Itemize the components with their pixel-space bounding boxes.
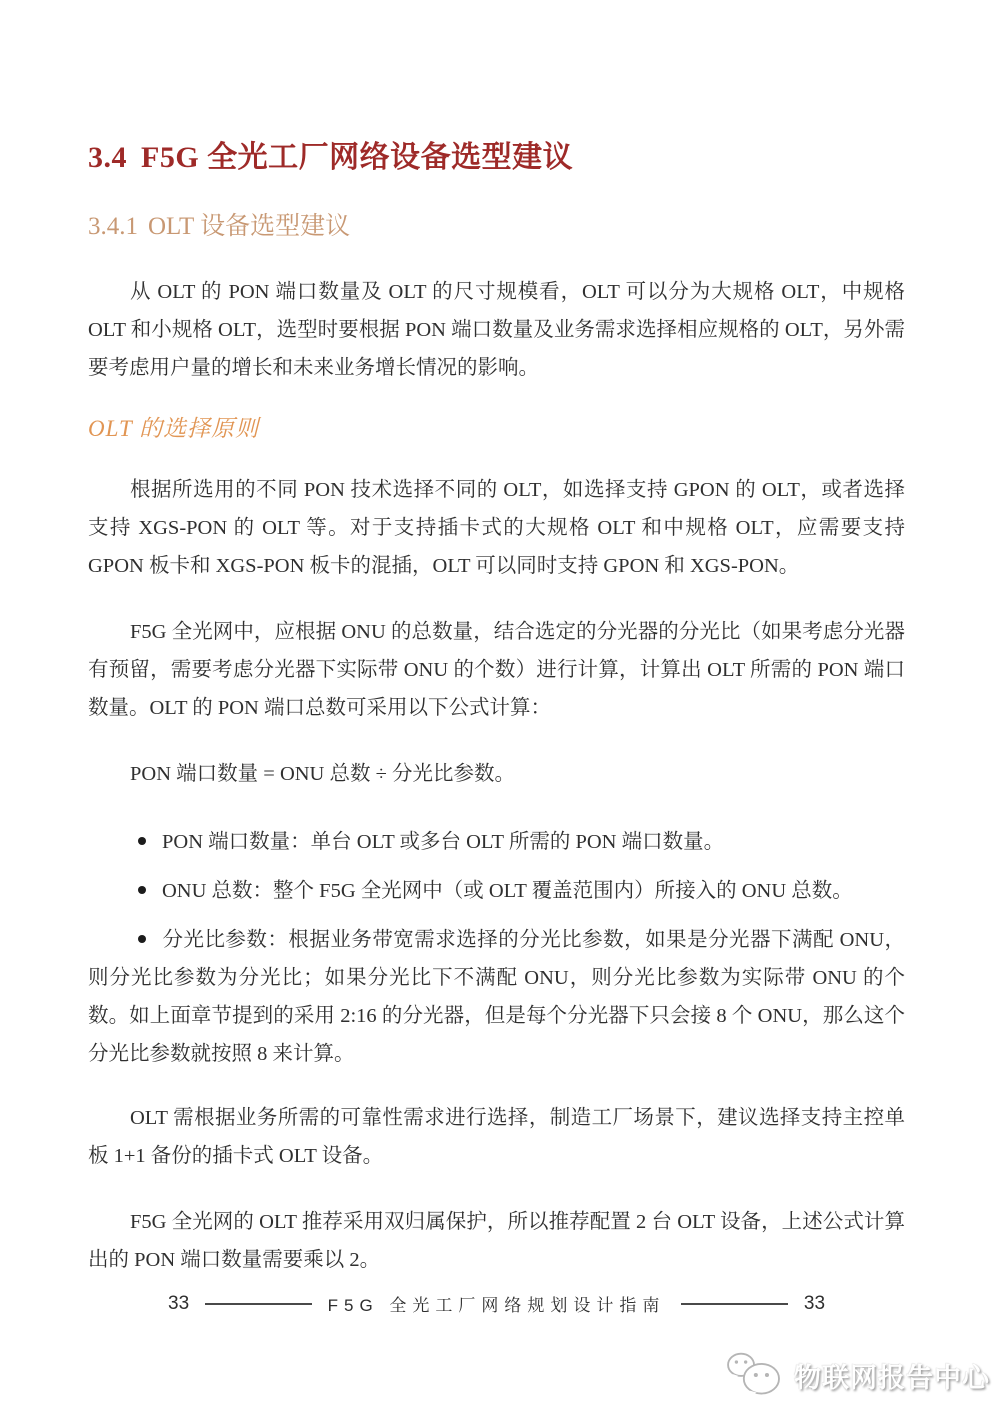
dual-homing-paragraph: F5G 全光网的 OLT 推荐采用双归属保护，所以推荐配置 2 台 OLT 设备… — [88, 1203, 905, 1279]
reliability-paragraph: OLT 需根据业务所需的可靠性需求进行选择，制造工厂场景下，建议选择支持主控单板… — [88, 1099, 905, 1175]
list-item-text: PON 端口数量：单台 OLT 或多台 OLT 所需的 PON 端口数量。 — [162, 831, 724, 853]
document-page: 3.4F5G 全光工厂网络设备选型建议 3.4.1OLT 设备选型建议 从 OL… — [0, 0, 1000, 1414]
page-footer: 33 F5G 全光工厂网络规划设计指南 33 — [168, 1291, 825, 1316]
list-item: 分光比参数：根据业务带宽需求选择的分光比参数，如果是分光器下满配 ONU，则分光… — [88, 921, 905, 1073]
page-content: 3.4F5G 全光工厂网络设备选型建议 3.4.1OLT 设备选型建议 从 OL… — [0, 0, 1000, 1279]
list-item-text: ONU 总数：整个 F5G 全光网中（或 OLT 覆盖范围内）所接入的 ONU … — [162, 880, 853, 902]
principle-heading: OLT 的选择原则 — [88, 415, 905, 443]
principle-paragraph-1: 根据所选用的不同 PON 技术选择不同的 OLT，如选择支持 GPON 的 OL… — [88, 471, 905, 585]
section-number: 3.4 — [88, 141, 127, 174]
footer-rule-left — [205, 1303, 311, 1305]
page-number-right: 33 — [804, 1293, 825, 1315]
footer-rule-right — [681, 1303, 787, 1305]
page-number-left: 33 — [168, 1293, 189, 1315]
bullet-icon — [138, 935, 146, 943]
publisher-watermark: 物联网报告中心 — [724, 1350, 990, 1400]
subsection-number: 3.4.1 — [88, 213, 138, 240]
bullet-icon — [138, 837, 146, 845]
footer-book-title: F5G 全光工厂网络规划设计指南 — [328, 1291, 666, 1316]
subsection-heading: 3.4.1OLT 设备选型建议 — [88, 212, 905, 242]
principle-paragraph-2: F5G 全光网中，应根据 ONU 的总数量，结合选定的分光器的分光比（如果考虑分… — [88, 613, 905, 727]
section-title: F5G 全光工厂网络设备选型建议 — [141, 141, 573, 174]
pon-port-formula: PON 端口数量 = ONU 总数 ÷ 分光比参数。 — [88, 755, 905, 793]
bullet-icon — [138, 886, 146, 894]
list-item: PON 端口数量：单台 OLT 或多台 OLT 所需的 PON 端口数量。 — [88, 823, 905, 861]
intro-paragraph: 从 OLT 的 PON 端口数量及 OLT 的尺寸规模看，OLT 可以分为大规格… — [88, 273, 905, 387]
section-heading: 3.4F5G 全光工厂网络设备选型建议 — [88, 140, 905, 176]
list-item-text: 分光比参数：根据业务带宽需求选择的分光比参数，如果是分光器下满配 ONU，则分光… — [88, 929, 905, 1065]
watermark-label: 物联网报告中心 — [794, 1356, 990, 1395]
bullet-list: PON 端口数量：单台 OLT 或多台 OLT 所需的 PON 端口数量。 ON… — [88, 823, 905, 1073]
list-item: ONU 总数：整个 F5G 全光网中（或 OLT 覆盖范围内）所接入的 ONU … — [88, 872, 905, 910]
wechat-icon — [724, 1350, 784, 1400]
subsection-title: OLT 设备选型建议 — [148, 213, 350, 240]
